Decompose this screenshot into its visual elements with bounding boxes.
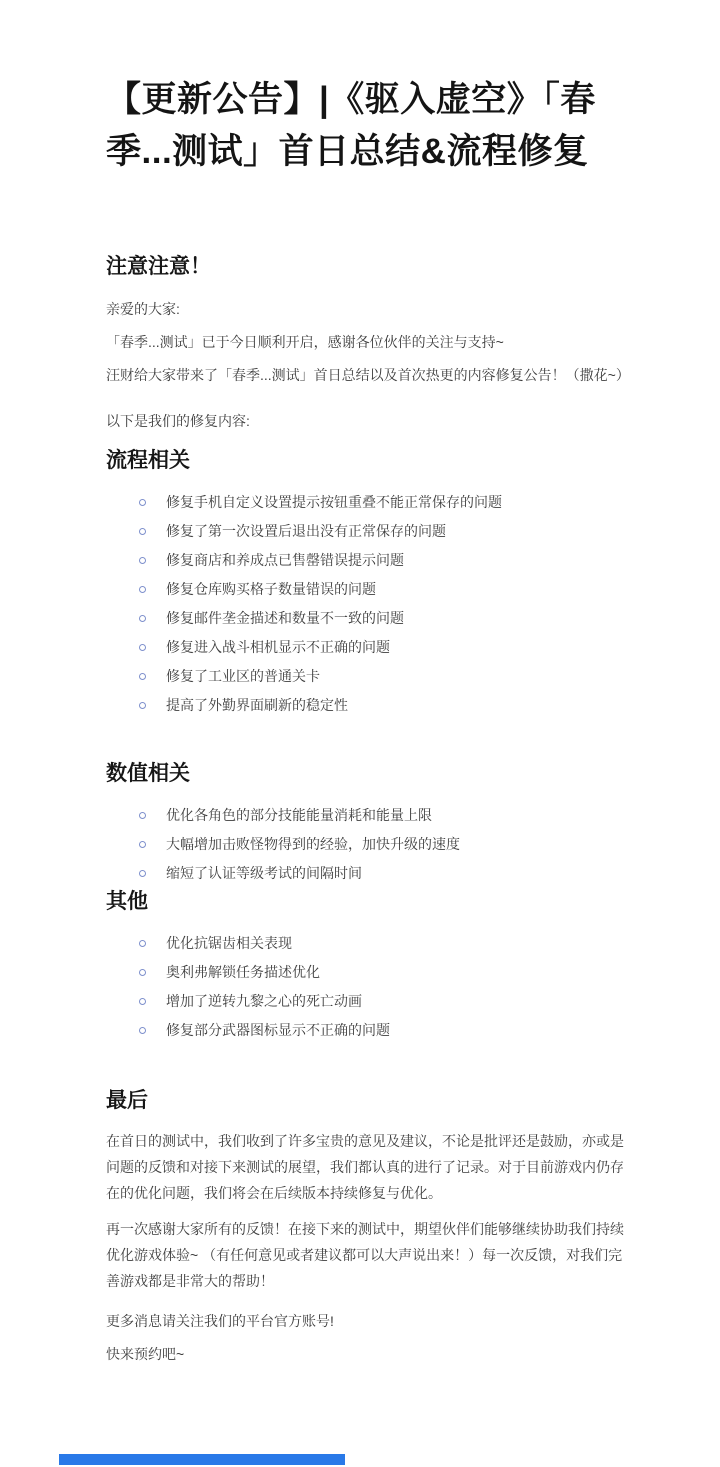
section-heading-final: 最后 bbox=[106, 1086, 626, 1116]
fix-item-text: 修复进入战斗相机显示不正确的问题 bbox=[166, 639, 390, 655]
bullet-icon bbox=[139, 499, 146, 506]
fix-item-text: 修复了第一次设置后退出没有正常保存的问题 bbox=[166, 523, 446, 539]
fix-item: 缩短了认证等级考试的间隔时间 bbox=[106, 861, 626, 886]
bullet-icon bbox=[139, 586, 146, 593]
fix-item: 修复进入战斗相机显示不正确的问题 bbox=[106, 635, 626, 660]
fix-item: 优化抗锯齿相关表现 bbox=[106, 931, 626, 956]
announcement-document: 【更新公告】|《驱入虚空》「春季...测试」首日总结&流程修复 注意注意！ 亲爱… bbox=[0, 0, 720, 1367]
bullet-icon bbox=[139, 702, 146, 709]
fix-item-text: 修复仓库购买格子数量错误的问题 bbox=[166, 581, 376, 597]
bullet-icon bbox=[139, 528, 146, 535]
partial-blue-banner bbox=[59, 1454, 345, 1465]
intro-paragraph-lead-in: 以下是我们的修复内容: bbox=[106, 408, 626, 434]
fix-item-text: 修复手机自定义设置提示按钮重叠不能正常保存的问题 bbox=[166, 494, 502, 510]
fix-item: 修复部分武器图标显示不正确的问题 bbox=[106, 1018, 626, 1043]
fix-item: 提高了外勤界面刷新的稳定性 bbox=[106, 693, 626, 718]
bullet-icon bbox=[139, 557, 146, 564]
bullet-icon bbox=[139, 1027, 146, 1034]
fix-item: 修复手机自定义设置提示按钮重叠不能正常保存的问题 bbox=[106, 490, 626, 515]
fix-item: 优化各角色的部分技能能量消耗和能量上限 bbox=[106, 803, 626, 828]
section-heading-other: 其他 bbox=[106, 887, 626, 917]
bullet-icon bbox=[139, 615, 146, 622]
intro-greeting: 亲爱的大家: bbox=[106, 296, 626, 322]
fix-item-text: 缩短了认证等级考试的间隔时间 bbox=[166, 865, 362, 881]
bullet-icon bbox=[139, 969, 146, 976]
fix-item-text: 修复商店和养成点已售罄错误提示问题 bbox=[166, 552, 404, 568]
fix-item-text: 修复邮件垄金描述和数量不一致的问题 bbox=[166, 610, 404, 626]
fix-item: 修复仓库购买格子数量错误的问题 bbox=[106, 577, 626, 602]
fix-item-text: 修复部分武器图标显示不正确的问题 bbox=[166, 1022, 390, 1038]
follow-us-text: 更多消息请关注我们的平台官方账号! bbox=[106, 1308, 626, 1334]
fix-item: 增加了逆转九黎之心的死亡动画 bbox=[106, 989, 626, 1014]
bullet-icon bbox=[139, 812, 146, 819]
closing-paragraph-feedback: 在首日的测试中，我们收到了许多宝贵的意见及建议，不论是批评还是鼓励，亦或是问题的… bbox=[106, 1128, 626, 1206]
intro-paragraph-launch: 「春季...测试」已于今日顺利开启，感谢各位伙伴的关注与支持~ bbox=[106, 329, 626, 355]
bullet-icon bbox=[139, 940, 146, 947]
bullet-icon bbox=[139, 841, 146, 848]
fix-item: 修复了工业区的普通关卡 bbox=[106, 664, 626, 689]
bullet-icon bbox=[139, 644, 146, 651]
section-heading-process: 流程相关 bbox=[106, 446, 626, 476]
closing-paragraph-thanks: 再一次感谢大家所有的反馈！在接下来的测试中，期望伙伴们能够继续协助我们持续优化游… bbox=[106, 1216, 626, 1294]
fix-item-text: 增加了逆转九黎之心的死亡动画 bbox=[166, 993, 362, 1009]
fix-item-text: 修复了工业区的普通关卡 bbox=[166, 668, 320, 684]
fix-item: 大幅增加击败怪物得到的经验，加快升级的速度 bbox=[106, 832, 626, 857]
fix-item-text: 大幅增加击败怪物得到的经验，加快升级的速度 bbox=[166, 836, 460, 852]
fix-item: 修复商店和养成点已售罄错误提示问题 bbox=[106, 548, 626, 573]
reserve-text: 快来预约吧~ bbox=[106, 1341, 626, 1367]
fix-list-numeric: 优化各角色的部分技能能量消耗和能量上限 大幅增加击败怪物得到的经验，加快升级的速… bbox=[106, 803, 626, 891]
fix-list-other: 优化抗锯齿相关表现 奥利弗解锁任务描述优化 增加了逆转九黎之心的死亡动画 修复部… bbox=[106, 931, 626, 1048]
fix-list-process: 修复手机自定义设置提示按钮重叠不能正常保存的问题 修复了第一次设置后退出没有正常… bbox=[106, 490, 626, 723]
bullet-icon bbox=[139, 673, 146, 680]
bullet-icon bbox=[139, 998, 146, 1005]
fix-item-text: 优化各角色的部分技能能量消耗和能量上限 bbox=[166, 807, 432, 823]
fix-item-text: 优化抗锯齿相关表现 bbox=[166, 935, 292, 951]
bullet-icon bbox=[139, 870, 146, 877]
page-title: 【更新公告】|《驱入虚空》「春季...测试」首日总结&流程修复 bbox=[106, 74, 626, 178]
section-heading-notice: 注意注意！ bbox=[106, 252, 626, 282]
section-heading-numeric: 数值相关 bbox=[106, 759, 626, 789]
fix-item-text: 提高了外勤界面刷新的稳定性 bbox=[166, 697, 348, 713]
fix-item-text: 奥利弗解锁任务描述优化 bbox=[166, 964, 320, 980]
intro-paragraph-summary: 汪财给大家带来了「春季...测试」首日总结以及首次热更的内容修复公告！（撒花~） bbox=[106, 362, 626, 388]
fix-item: 奥利弗解锁任务描述优化 bbox=[106, 960, 626, 985]
fix-item: 修复了第一次设置后退出没有正常保存的问题 bbox=[106, 519, 626, 544]
fix-item: 修复邮件垄金描述和数量不一致的问题 bbox=[106, 606, 626, 631]
